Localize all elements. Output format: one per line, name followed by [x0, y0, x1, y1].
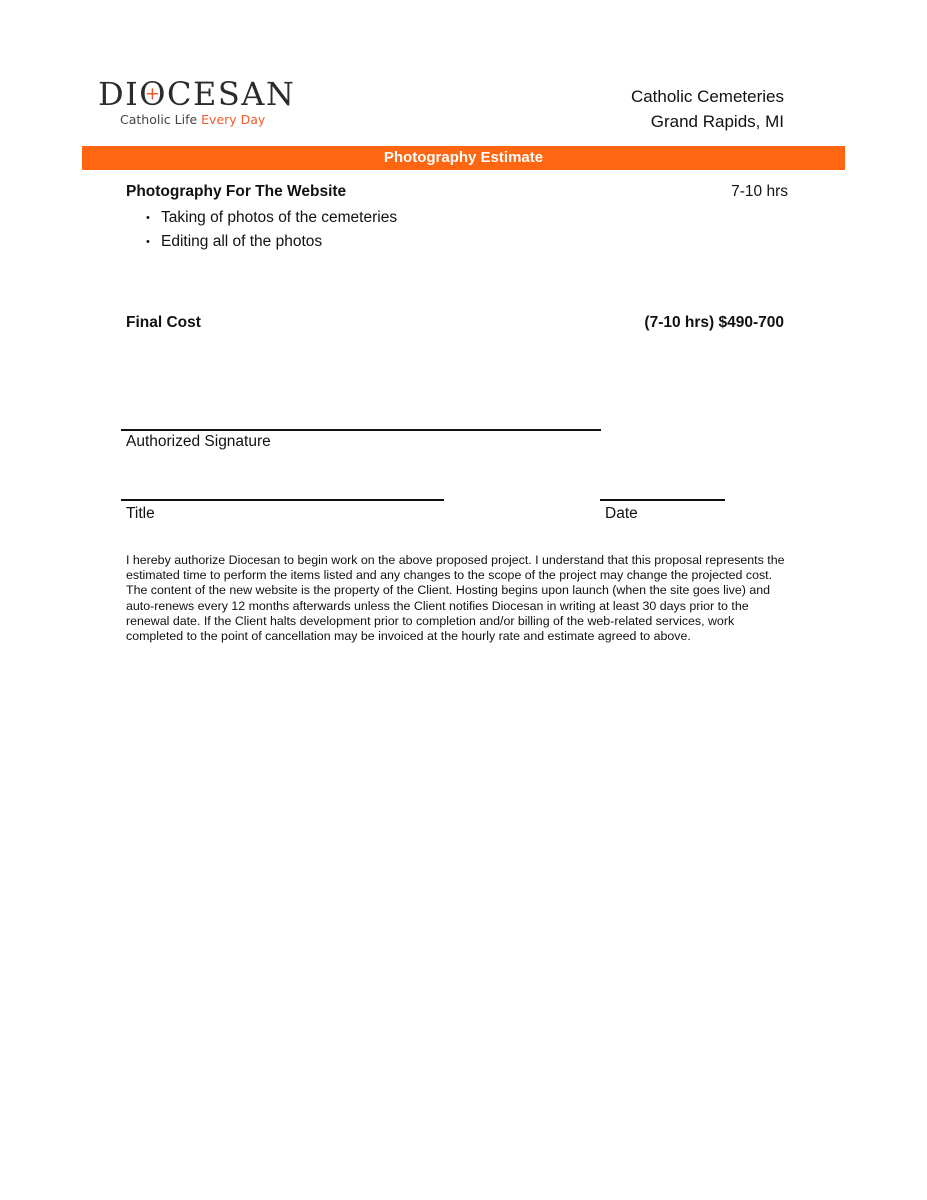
list-item: Taking of photos of the cemeteries	[146, 206, 397, 230]
line-item-hours: 7-10 hrs	[731, 183, 788, 201]
date-label: Date	[605, 505, 638, 523]
list-item: Editing all of the photos	[146, 230, 397, 254]
terms-paragraph: I hereby authorize Diocesan to begin wor…	[126, 553, 791, 644]
estimate-banner: Photography Estimate	[82, 146, 845, 170]
logo-wordmark-suffix: CESAN	[167, 75, 295, 113]
tagline-plain: Catholic Life	[120, 112, 201, 127]
logo-o-with-cross: O+	[139, 76, 167, 112]
client-name: Catholic Cemeteries	[631, 84, 784, 109]
title-line[interactable]	[121, 499, 444, 501]
title-label: Title	[126, 505, 155, 523]
final-cost-label: Final Cost	[126, 314, 201, 332]
signature-line[interactable]	[121, 429, 601, 431]
logo-tagline: Catholic Life Every Day	[120, 112, 265, 127]
client-location: Grand Rapids, MI	[631, 109, 784, 134]
logo-wordmark: DIO+CESAN	[98, 76, 295, 112]
line-item-title: Photography For The Website	[126, 183, 346, 201]
logo-wordmark-prefix: DI	[98, 75, 139, 113]
line-item-bullets: Taking of photos of the cemeteries Editi…	[146, 206, 397, 254]
tagline-accent: Every Day	[201, 112, 265, 127]
final-cost-value: (7-10 hrs) $490-700	[644, 314, 784, 332]
date-line[interactable]	[600, 499, 725, 501]
cross-icon: +	[145, 86, 162, 104]
client-info: Catholic Cemeteries Grand Rapids, MI	[631, 84, 784, 134]
signature-label: Authorized Signature	[126, 433, 271, 451]
diocesan-logo: DIO+CESAN Catholic Life Every Day	[98, 76, 298, 132]
